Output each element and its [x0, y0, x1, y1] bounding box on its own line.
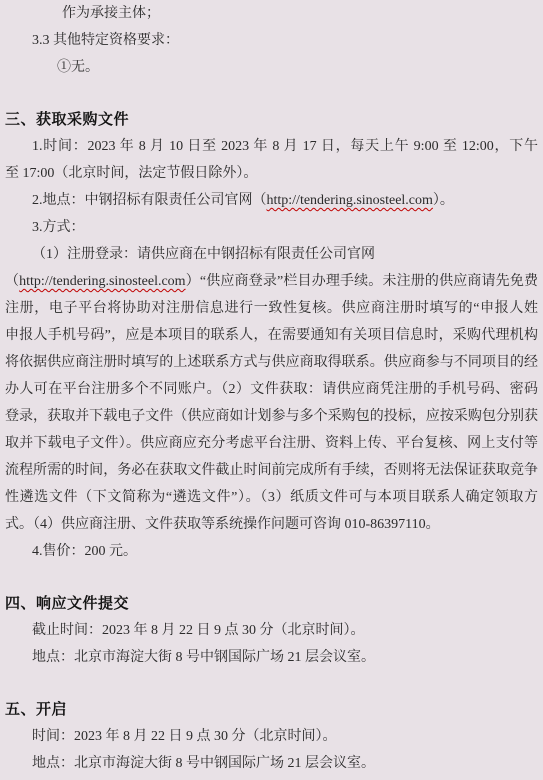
section-heading: 三、获取采购文件 — [5, 106, 538, 133]
text-line: 作为承接主体； — [5, 0, 538, 27]
text-segment: 申报人手机号码”，应是本项目的联系人，在需要通知有关项目信息时，采购代理机构 — [5, 328, 538, 343]
text-line: 式。（4）供应商注册、文件获取等系统操作问题可咨询 010-86397110。 — [5, 511, 538, 538]
text-segment: 4.售价：200 元。 — [32, 544, 137, 559]
text-segment: 至 17:00（北京时间，法定节假日除外）。 — [5, 166, 257, 181]
text-segment: 四、响应文件提交 — [5, 595, 129, 612]
text-segment: ）。 — [433, 193, 454, 208]
text-segment: 将依据供应商注册时填写的上述联系方式与供应商取得联系。供应商参与不同项目的经 — [5, 355, 538, 370]
url-text-with-spellcheck-underline: http://tendering.sinosteel.com — [267, 193, 433, 208]
text-segment: 三、获取采购文件 — [5, 111, 129, 128]
text-segment: 2.地点：中钢招标有限责任公司官网（ — [32, 193, 267, 208]
text-line: 地点：北京市海淀大街 8 号中钢国际广场 21 层会议室。 — [5, 750, 538, 777]
text-line: 4.售价：200 元。 — [5, 538, 538, 565]
text-segment: 地点：北京市海淀大街 8 号中钢国际广场 21 层会议室。 — [32, 650, 375, 665]
document-body: 作为承接主体；3.3 其他特定资格要求：①无。三、获取采购文件1.时间：2023… — [5, 0, 538, 777]
text-segment: 时间：2023 年 8 月 22 日 9 点 30 分（北京时间）。 — [32, 729, 337, 744]
text-segment: 办人可在平台注册多个不同账户。（2）文件获取：请供应商凭注册的手机号码、密码 — [5, 382, 538, 397]
text-segment: ①无。 — [57, 60, 99, 75]
text-line: （http://tendering.sinosteel.com）“供应商登录”栏… — [5, 268, 538, 295]
text-segment: 截止时间：2023 年 8 月 22 日 9 点 30 分（北京时间）。 — [32, 623, 365, 638]
text-segment: 流程所需的时间，务必在获取文件截止时间前完成所有手续，否则将无法保证获取竞争 — [5, 463, 538, 478]
text-segment: 地点：北京市海淀大街 8 号中钢国际广场 21 层会议室。 — [32, 756, 375, 771]
url-text-with-spellcheck-underline: http://tendering.sinosteel.com — [19, 274, 185, 289]
text-line: 地点：北京市海淀大街 8 号中钢国际广场 21 层会议室。 — [5, 644, 538, 671]
text-line: 时间：2023 年 8 月 22 日 9 点 30 分（北京时间）。 — [5, 723, 538, 750]
text-segment: （ — [5, 274, 19, 289]
text-segment: 作为承接主体； — [62, 6, 160, 21]
text-line: 性遴选文件（下文简称为“遴选文件”）。（3）纸质文件可与本项目联系人确定领取方 — [5, 484, 538, 511]
section-heading: 四、响应文件提交 — [5, 590, 538, 617]
text-segment: 五、开启 — [5, 701, 67, 718]
text-line: 流程所需的时间，务必在获取文件截止时间前完成所有手续，否则将无法保证获取竞争 — [5, 457, 538, 484]
text-line: 截止时间：2023 年 8 月 22 日 9 点 30 分（北京时间）。 — [5, 617, 538, 644]
text-line: 登录，获取并下载电子文件（供应商如计划参与多个采购包的投标，应按采购包分别获 — [5, 403, 538, 430]
text-line: 将依据供应商注册时填写的上述联系方式与供应商取得联系。供应商参与不同项目的经 — [5, 349, 538, 376]
text-line: 办人可在平台注册多个不同账户。（2）文件获取：请供应商凭注册的手机号码、密码 — [5, 376, 538, 403]
text-segment: 式。（4）供应商注册、文件获取等系统操作问题可咨询 010-86397110。 — [5, 517, 440, 532]
text-segment: 登录，获取并下载电子文件（供应商如计划参与多个采购包的投标，应按采购包分别获 — [5, 409, 538, 424]
text-segment: 注册，电子平台将协助对注册信息进行一致性复核。供应商注册时填写的“申报人姓名、 — [5, 301, 538, 322]
text-line: 3.3 其他特定资格要求： — [5, 27, 538, 54]
text-line: 3.方式： — [5, 214, 538, 241]
document-page: 作为承接主体；3.3 其他特定资格要求：①无。三、获取采购文件1.时间：2023… — [0, 0, 543, 777]
text-line: 1.时间：2023 年 8 月 10 日至 2023 年 8 月 17 日，每天… — [5, 133, 538, 160]
text-segment: 取并下载电子文件）。供应商应充分考虑平台注册、资料上传、平台复核、网上支付等 — [5, 436, 538, 451]
text-line: ①无。 — [5, 54, 538, 81]
section-heading: 五、开启 — [5, 696, 538, 723]
text-line: 至 17:00（北京时间，法定节假日除外）。 — [5, 160, 538, 187]
text-line: 2.地点：中钢招标有限责任公司官网（http://tendering.sinos… — [5, 187, 538, 214]
text-segment: 3.方式： — [32, 220, 85, 235]
text-segment: ）“供应商登录”栏目办理手续。未注册的供应商请先免费 — [186, 274, 538, 289]
text-segment: 3.3 其他特定资格要求： — [32, 33, 179, 48]
text-segment: 性遴选文件（下文简称为“遴选文件”）。（3）纸质文件可与本项目联系人确定领取方 — [5, 490, 538, 505]
text-line: 取并下载电子文件）。供应商应充分考虑平台注册、资料上传、平台复核、网上支付等 — [5, 430, 538, 457]
text-line: （1）注册登录：请供应商在中钢招标有限责任公司官网 — [5, 241, 538, 268]
text-segment: 1.时间：2023 年 8 月 10 日至 2023 年 8 月 17 日，每天… — [32, 139, 538, 160]
text-line: 申报人手机号码”，应是本项目的联系人，在需要通知有关项目信息时，采购代理机构 — [5, 322, 538, 349]
text-segment: （1）注册登录：请供应商在中钢招标有限责任公司官网 — [32, 247, 375, 262]
text-line: 注册，电子平台将协助对注册信息进行一致性复核。供应商注册时填写的“申报人姓名、 — [5, 295, 538, 322]
